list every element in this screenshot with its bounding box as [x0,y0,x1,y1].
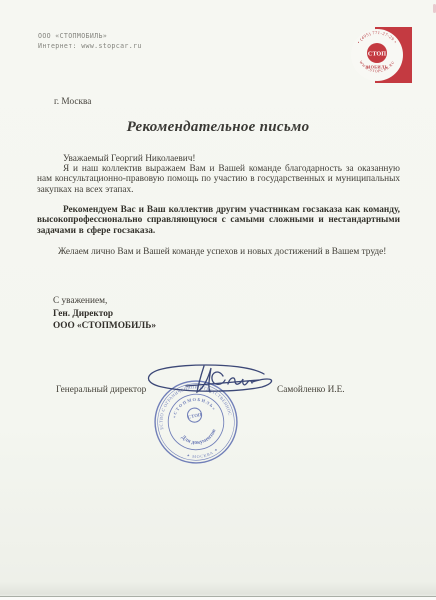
letter-page: ООО «СТОПМОБИЛЬ» Интернет: www.stopcar.r… [0,0,436,600]
closing-regards: С уважением, [53,295,156,308]
letter-paragraph-1: Я и наш коллектив выражаем Вам и Вашей к… [37,164,400,195]
closing-block: С уважением, Ген. Директор ООО «СТОПМОБИ… [53,295,156,333]
company-logo: • (495) 771-27-29 • WWW.STOPCAR.RU СТОП … [345,20,425,92]
letterhead-website: Интернет: www.stopcar.ru [38,41,142,51]
letterhead: ООО «СТОПМОБИЛЬ» Интернет: www.stopcar.r… [38,31,142,51]
letter-city: г. Москва [54,97,91,107]
signature-letter-i [197,366,211,392]
handwritten-signature [128,356,293,404]
letter-paragraph-2: Рекомендуем Вас и Ваш коллектив другим у… [37,205,400,236]
letter-greeting: Уважаемый Георгий Николаевич! [37,154,400,164]
logo-brand-top: СТОП [368,51,386,58]
letter-paragraph-3: Желаем лично Вам и Вашей команде успехов… [37,247,400,257]
closing-company: ООО «СТОПМОБИЛЬ» [53,320,156,333]
signature-signer-name: Самойленко И.Е. [277,385,345,395]
signature-strike [186,380,259,386]
signature-left-title: Генеральный директор [56,385,146,395]
stamp-purpose-arc: Для документов [179,427,220,449]
letterhead-company: ООО «СТОПМОБИЛЬ» [38,31,142,41]
logo-brand-bottom: МОБИЛЬ [366,65,388,70]
letter-title: Рекомендательное письмо [0,119,436,136]
closing-position: Ген. Директор [53,308,156,321]
